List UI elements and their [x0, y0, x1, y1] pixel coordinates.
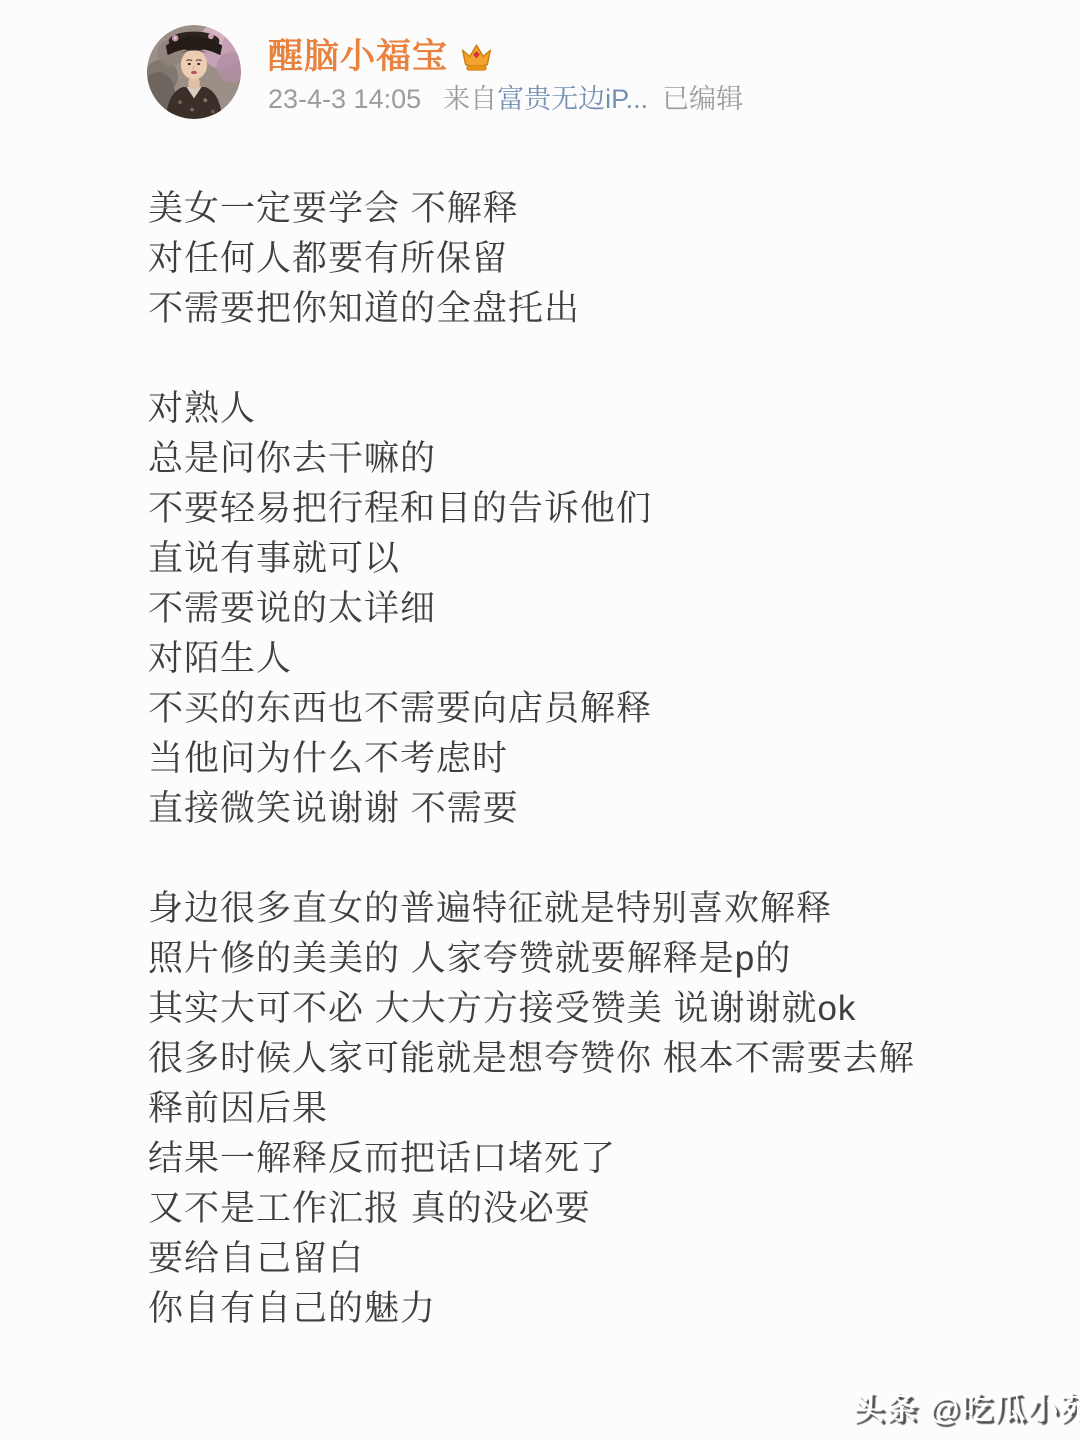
post-paragraph: 美女一定要学会 不解释对任何人都要有所保留不需要把你知道的全盘托出	[148, 184, 960, 334]
timestamp: 23-4-3 14:05	[268, 84, 421, 114]
post-content: 美女一定要学会 不解释对任何人都要有所保留不需要把你知道的全盘托出对熟人总是问你…	[148, 184, 960, 1334]
post-text-line: 照片修的美美的 人家夸赞就要解释是p的	[148, 934, 960, 984]
author-avatar[interactable]	[147, 25, 241, 119]
post-text-line: 要给自己留白	[148, 1234, 960, 1284]
source-prefix: 来自	[443, 84, 497, 114]
post-text-line: 直接微笑说谢谢 不需要	[148, 784, 960, 834]
source-link[interactable]: 富贵无边iP...	[497, 84, 648, 114]
post-text-line: 对任何人都要有所保留	[148, 234, 960, 284]
post-text-line: 释前因后果	[148, 1084, 960, 1134]
post-text-line: 身边很多直女的普遍特征就是特别喜欢解释	[148, 884, 960, 934]
post-text-line: 美女一定要学会 不解释	[148, 184, 960, 234]
post-text-line: 你自有自己的魅力	[148, 1284, 960, 1334]
edited-badge: 已编辑	[662, 84, 743, 114]
post-header-text: 醒脑小福宝 23-4-3 14:05来自富贵无边iP...已编辑	[268, 25, 743, 115]
author-row: 醒脑小福宝	[268, 37, 743, 77]
post-paragraph: 对熟人总是问你去干嘛的不要轻易把行程和目的告诉他们直说有事就可以不需要说的太详细…	[148, 384, 960, 834]
crown-vip-icon	[458, 40, 495, 74]
post-text-line: 总是问你去干嘛的	[148, 434, 960, 484]
weibo-post-screenshot: 醒脑小福宝 23-4-3 14:05来自富贵无边iP...已编辑 美女一定要学会…	[0, 0, 1080, 1440]
post-text-line: 对陌生人	[148, 634, 960, 684]
post-text-line: 当他问为什么不考虑时	[148, 734, 960, 784]
post-paragraph: 身边很多直女的普遍特征就是特别喜欢解释照片修的美美的 人家夸赞就要解释是p的其实…	[148, 884, 960, 1334]
post-text-line: 不要轻易把行程和目的告诉他们	[148, 484, 960, 534]
post-text-line: 不需要说的太详细	[148, 584, 960, 634]
post-text-line: 不买的东西也不需要向店员解释	[148, 684, 960, 734]
post-meta: 23-4-3 14:05来自富贵无边iP...已编辑	[268, 83, 743, 115]
watermark: 头条@吃瓜小苑	[853, 1383, 1080, 1428]
post-header: 醒脑小福宝 23-4-3 14:05来自富贵无边iP...已编辑	[147, 25, 743, 119]
post-text-line: 直说有事就可以	[148, 534, 960, 584]
author-name[interactable]: 醒脑小福宝	[268, 37, 448, 77]
post-text-line: 不需要把你知道的全盘托出	[148, 284, 960, 334]
post-text-line: 很多时候人家可能就是想夸赞你 根本不需要去解	[148, 1034, 960, 1084]
post-text-line: 又不是工作汇报 真的没必要	[148, 1184, 960, 1234]
watermark-handle: @吃瓜小苑	[929, 1391, 1080, 1426]
watermark-prefix: 头条	[853, 1391, 919, 1426]
post-text-line: 结果一解释反而把话口堵死了	[148, 1134, 960, 1184]
post-text-line: 对熟人	[148, 384, 960, 434]
post-text-line: 其实大可不必 大大方方接受赞美 说谢谢就ok	[148, 984, 960, 1034]
qing-costume-portrait-image	[147, 25, 241, 119]
